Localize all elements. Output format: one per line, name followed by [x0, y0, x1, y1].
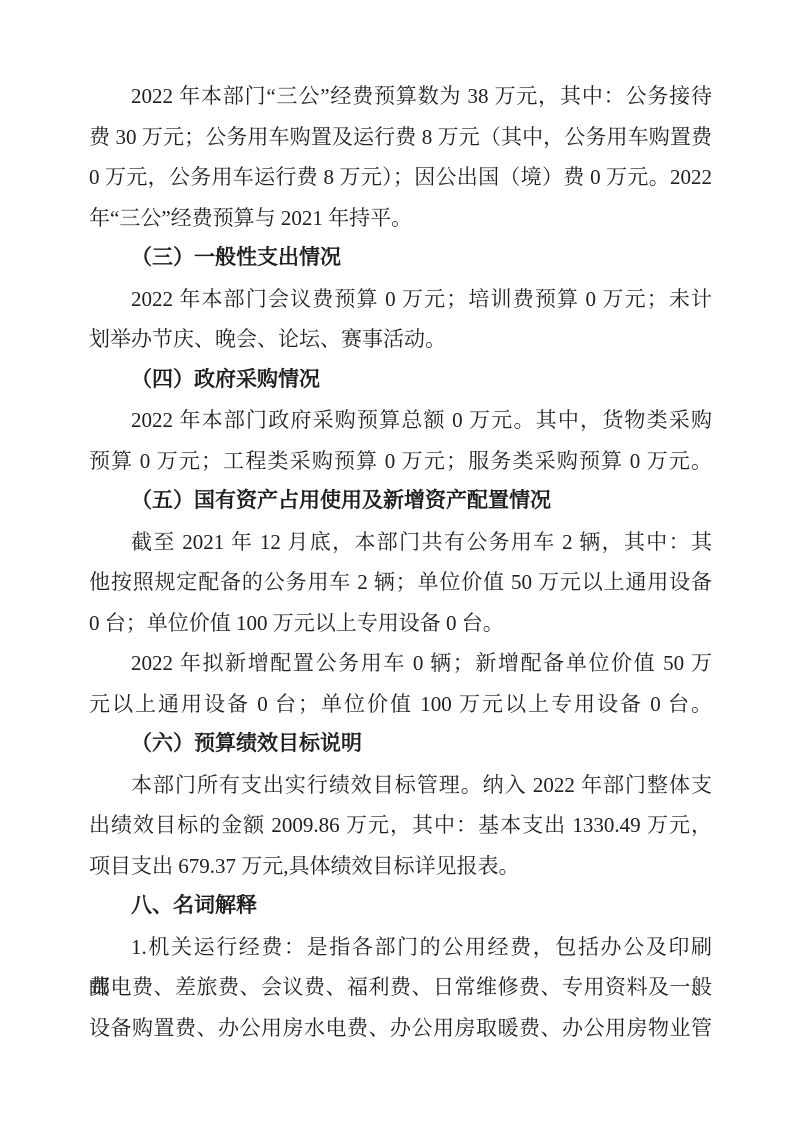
document-page: 2022 年本部门“三公”经费预算数为 38 万元，其中：公务接待费 30 万元… — [0, 0, 794, 1122]
section-heading: （五）国有资产占用使用及新增资产配置情况 — [89, 481, 712, 522]
text-line: 他按照规定配备的公务用车 2 辆；单位价值 50 万元以上通用设备 — [89, 562, 712, 603]
section-heading: （三）一般性支出情况 — [89, 238, 712, 279]
text-line: 0 台；单位价值 100 万元以上专用设备 0 台。 — [89, 603, 712, 644]
text-line: 1.机关运行经费：是指各部门的公用经费，包括办公及印刷费、 — [89, 927, 712, 968]
section-heading: （四）政府采购情况 — [89, 360, 712, 401]
text-line: 元以上通用设备 0 台；单位价值 100 万元以上专用设备 0 台。 — [89, 684, 712, 725]
section-heading: （六）预算绩效目标说明 — [89, 724, 712, 765]
text-line: 2022 年本部门“三公”经费预算数为 38 万元，其中：公务接待 — [89, 76, 712, 117]
section-heading: 八、名词解释 — [89, 886, 712, 927]
text-line: 邮电费、差旅费、会议费、福利费、日常维修费、专用资料及一般 — [89, 967, 712, 1008]
text-line: 出绩效目标的金额 2009.86 万元，其中：基本支出 1330.49 万元， — [89, 805, 712, 846]
text-line: 截至 2021 年 12 月底，本部门共有公务用车 2 辆，其中：其 — [89, 522, 712, 563]
text-line: 2022 年本部门会议费预算 0 万元；培训费预算 0 万元；未计 — [89, 279, 712, 320]
text-line: 本部门所有支出实行绩效目标管理。纳入 2022 年部门整体支 — [89, 765, 712, 806]
text-line: 年“三公”经费预算与 2021 年持平。 — [89, 198, 712, 239]
text-line: 2022 年拟新增配置公务用车 0 辆；新增配备单位价值 50 万 — [89, 643, 712, 684]
text-line: 2022 年本部门政府采购预算总额 0 万元。其中，货物类采购 — [89, 400, 712, 441]
text-line: 0 万元，公务用车运行费 8 万元）；因公出国（境）费 0 万元。2022 — [89, 157, 712, 198]
text-line: 划举办节庆、晚会、论坛、赛事活动。 — [89, 319, 712, 360]
document-body: 2022 年本部门“三公”经费预算数为 38 万元，其中：公务接待费 30 万元… — [89, 76, 712, 1048]
text-line: 预算 0 万元；工程类采购预算 0 万元；服务类采购预算 0 万元。 — [89, 441, 712, 482]
text-line: 费 30 万元；公务用车购置及运行费 8 万元（其中，公务用车购置费 — [89, 117, 712, 158]
text-line: 设备购置费、办公用房水电费、办公用房取暖费、办公用房物业管 — [89, 1008, 712, 1049]
text-line: 项目支出 679.37 万元,具体绩效目标详见报表。 — [89, 846, 712, 887]
